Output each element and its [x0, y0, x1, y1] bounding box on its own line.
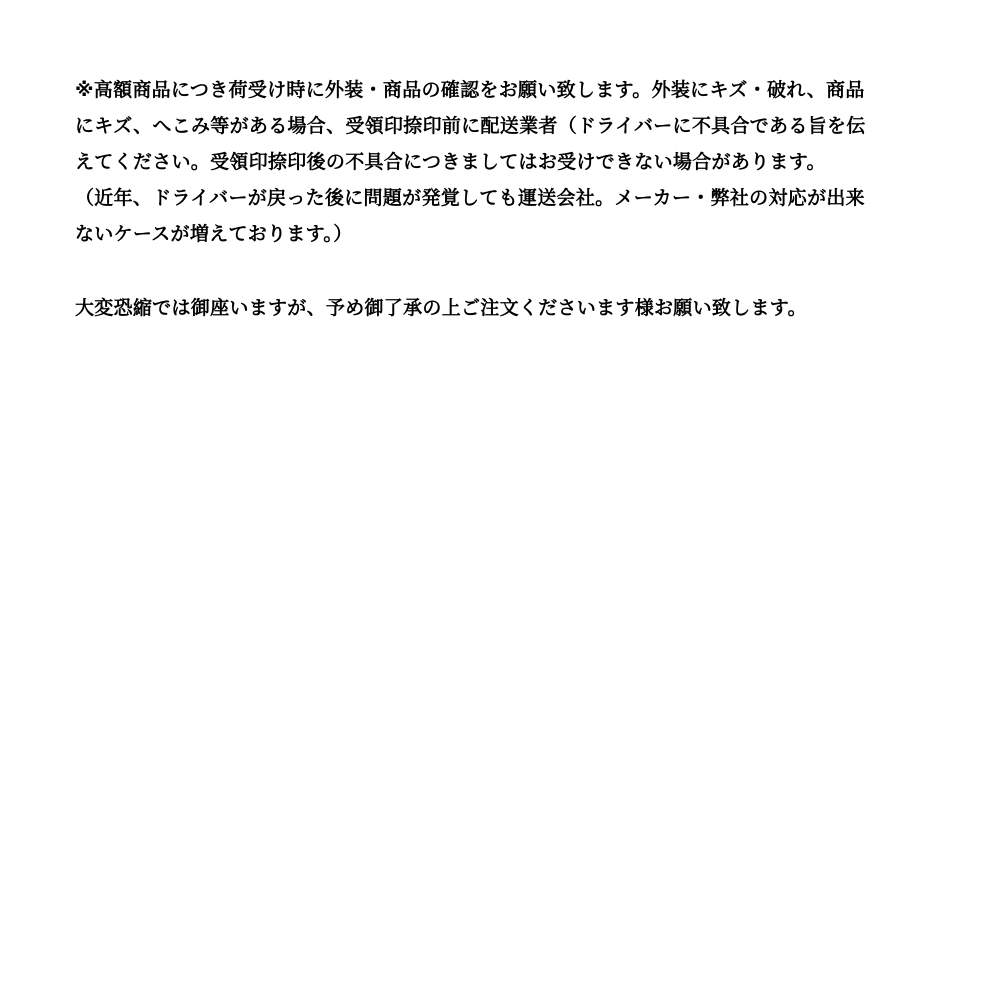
- inspection-notice-paragraph: ※高額商品につき荷受け時に外装・商品の確認をお願い致します。外装にキズ・破れ、商…: [75, 72, 935, 252]
- shipping-notice: ※高額商品につき荷受け時に外装・商品の確認をお願い致します。外装にキズ・破れ、商…: [75, 72, 935, 326]
- apology-paragraph: 大変恐縮では御座いますが、予め御了承の上ご注文くださいます様お願い致します。: [75, 290, 935, 326]
- notice-line: ないケースが増えております。）: [75, 216, 935, 252]
- notice-line: ※高額商品につき荷受け時に外装・商品の確認をお願い致します。外装にキズ・破れ、商…: [75, 72, 935, 108]
- notice-line: 大変恐縮では御座いますが、予め御了承の上ご注文くださいます様お願い致します。: [75, 290, 935, 326]
- notice-line: えてください。受領印捺印後の不具合につきましてはお受けできない場合があります。: [75, 144, 935, 180]
- notice-line: にキズ、へこみ等がある場合、受領印捺印前に配送業者（ドライバーに不具合である旨を…: [75, 108, 935, 144]
- paragraph-spacer: [75, 252, 935, 290]
- notice-line: （近年、ドライバーが戻った後に問題が発覚しても運送会社。メーカー・弊社の対応が出…: [75, 180, 935, 216]
